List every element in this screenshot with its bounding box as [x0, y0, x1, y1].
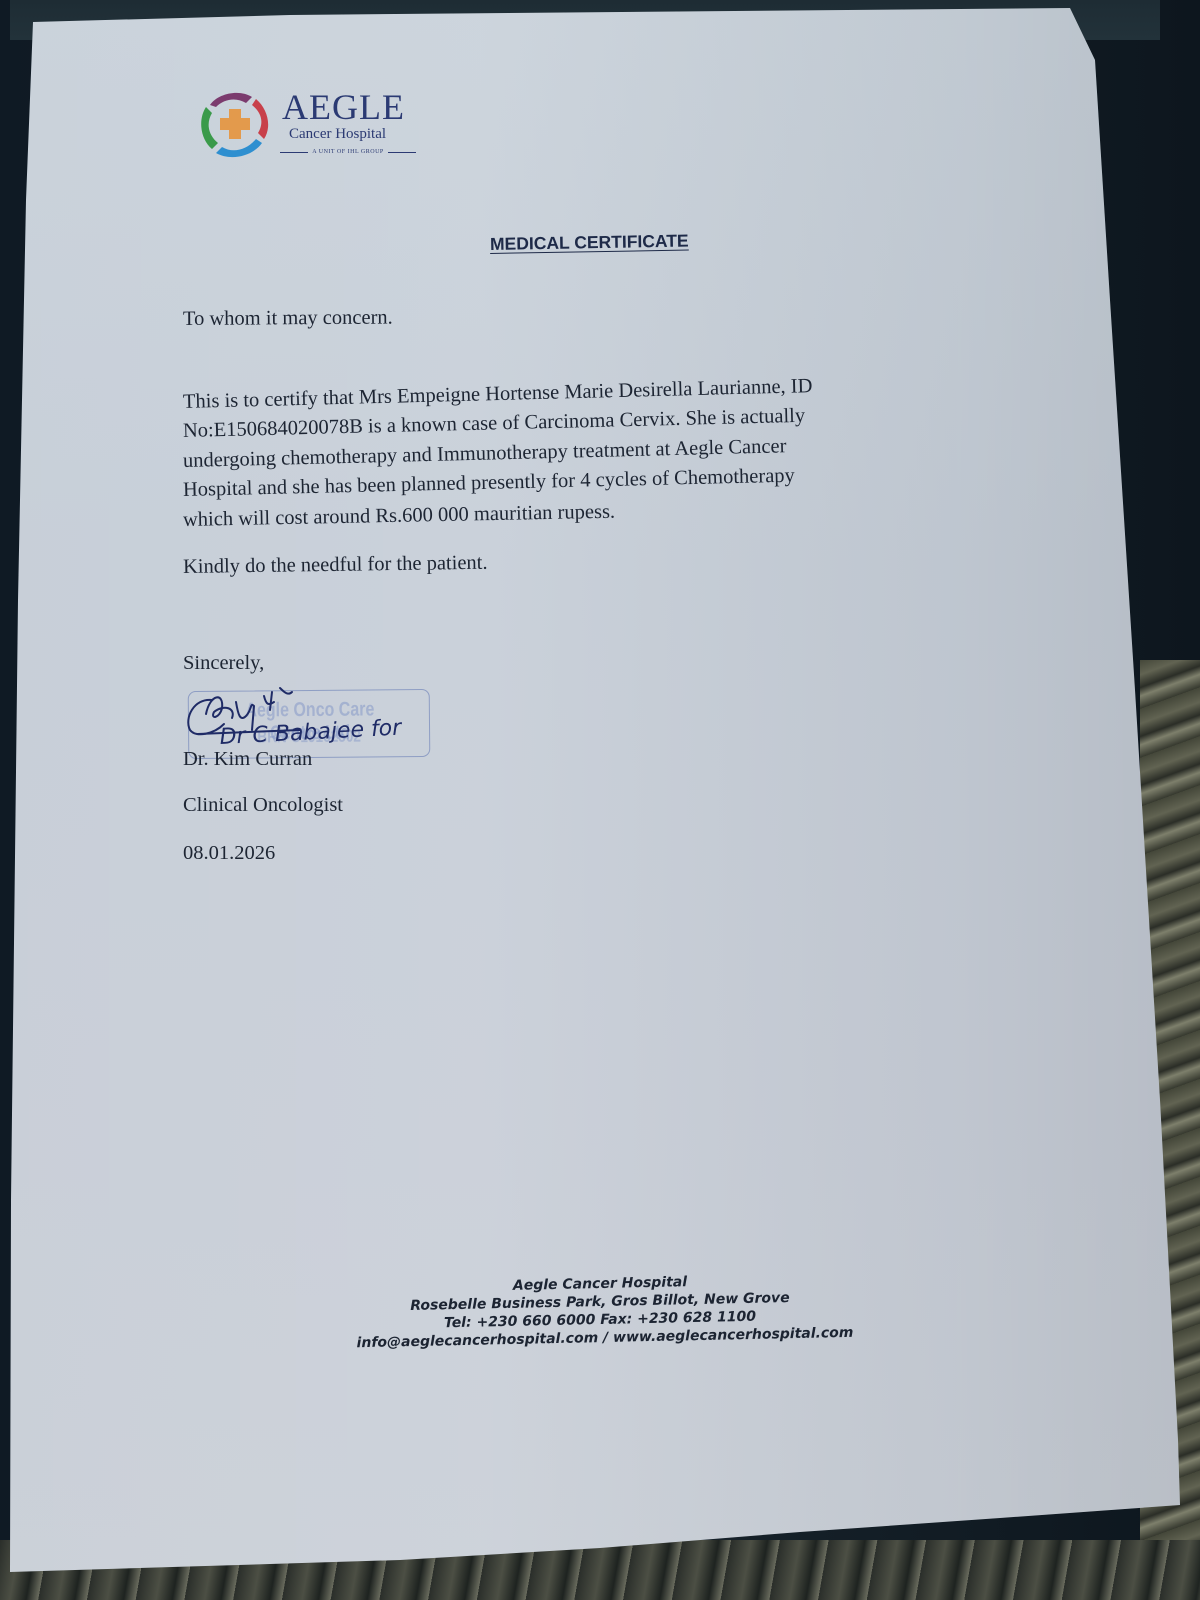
logo-brand-name: AEGLE — [282, 89, 405, 125]
hands-cross-logo-icon — [196, 87, 274, 161]
certificate-date: 08.01.2026 — [183, 842, 275, 865]
svg-text:Dr C Babajee for: Dr C Babajee for — [219, 715, 404, 750]
certificate-document: AEGLE Cancer Hospital A UNIT OF IHL GROU… — [0, 0, 1200, 1600]
logo-subtitle: Cancer Hospital — [289, 127, 386, 142]
body-line: which will cost around Rs.600 000 maurit… — [183, 501, 616, 532]
request-line: Kindly do the needful for the patient. — [183, 552, 488, 579]
hospital-logo: AEGLE Cancer Hospital A UNIT OF IHL GROU… — [196, 85, 426, 165]
salutation: To whom it may concern. — [183, 307, 393, 331]
document-title: MEDICAL CERTIFICATE — [490, 231, 689, 255]
doctor-role: Clinical Oncologist — [183, 794, 343, 817]
logo-tagline: A UNIT OF IHL GROUP — [280, 149, 416, 155]
closing: Sincerely, — [183, 652, 264, 675]
doctor-name: Dr. Kim Curran — [183, 748, 312, 771]
